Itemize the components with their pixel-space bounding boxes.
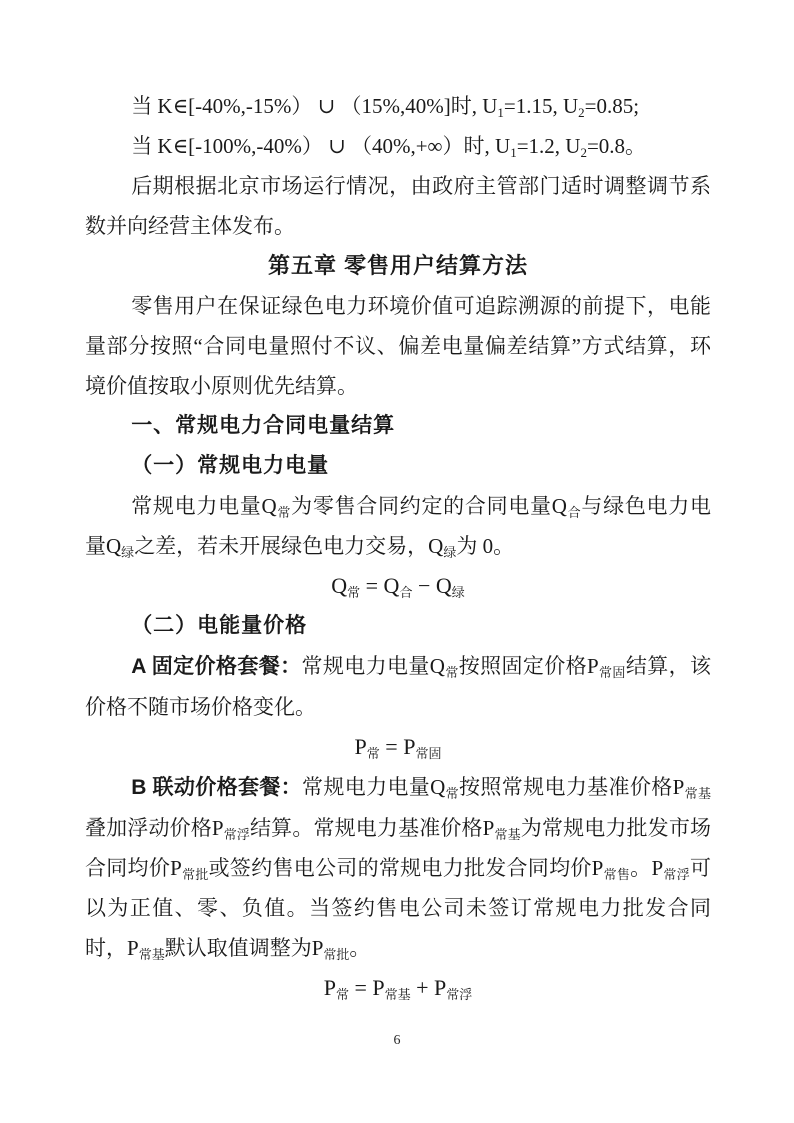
page-content: 当 K∈[-40%,-15%） ∪ （15%,40%]时, U1=1.15, U… [85,86,711,1008]
plan-b-paragraph: B 联动价格套餐：常规电力电量Q常按照常规电力基准价格P常基叠加浮动价格P常浮结… [85,767,711,968]
formula-q-conventional: Q常 = Q合 − Q绿 [85,566,711,606]
conventional-quantity-paragraph: 常规电力电量Q常为零售合同约定的合同电量Q合与绿色电力电量Q绿之差，若未开展绿色… [85,486,711,566]
plan-a-label: A 固定价格套餐： [131,655,301,678]
plan-b-body: 常规电力电量Q常按照常规电力基准价格P常基叠加浮动价格P常浮结算。常规电力基准价… [85,775,711,960]
subsection-heading-energy-price: （二）电能量价格 [85,606,711,646]
plan-a-paragraph: A 固定价格套餐：常规电力电量Q常按照固定价格P常固结算，该价格不随市场价格变化… [85,646,711,727]
section-heading-conventional-settlement: 一、常规电力合同电量结算 [85,406,711,446]
chapter-title: 第五章 零售用户结算方法 [85,246,711,286]
plan-b-label: B 联动价格套餐： [131,776,302,799]
document-page: 当 K∈[-40%,-15%） ∪ （15%,40%]时, U1=1.15, U… [0,0,794,1123]
formula-p-linked: P常 = P常基 + P常浮 [85,968,711,1008]
subsection-heading-conventional-quantity: （一）常规电力电量 [85,446,711,486]
page-number: 6 [0,1033,794,1049]
k-condition-line-2: 当 K∈[-100%,-40%） ∪ （40%,+∞）时, U1=1.2, U2… [85,126,711,166]
formula-p-fixed: P常 = P常固 [85,727,711,767]
adjustment-notice-paragraph: 后期根据北京市场运行情况，由政府主管部门适时调整调节系数并向经营主体发布。 [85,166,711,246]
retail-settlement-paragraph: 零售用户在保证绿色电力环境价值可追踪溯源的前提下，电能量部分按照“合同电量照付不… [85,286,711,406]
k-condition-line-1: 当 K∈[-40%,-15%） ∪ （15%,40%]时, U1=1.15, U… [85,86,711,126]
